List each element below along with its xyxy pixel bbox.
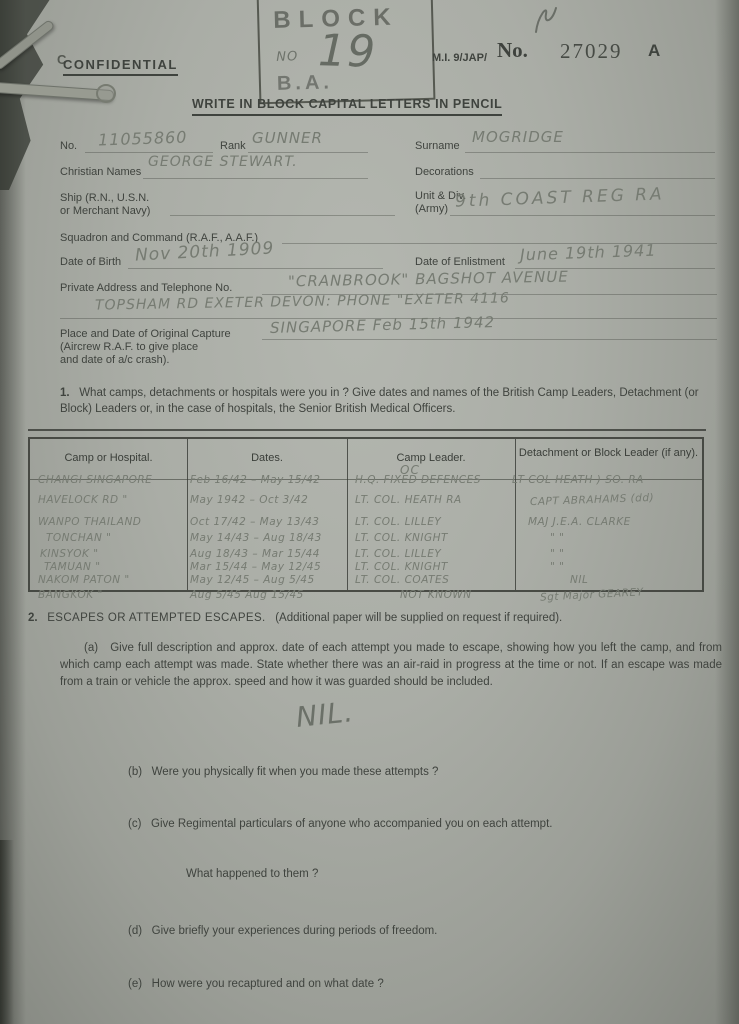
question-2-note: (Additional paper will be supplied on re… xyxy=(275,612,562,624)
string-knot xyxy=(96,84,116,103)
block-stamp-no: NO xyxy=(276,49,298,65)
ref-no-label: No. xyxy=(497,44,528,57)
table-top-rule xyxy=(28,429,706,431)
decorations-blank xyxy=(480,177,715,179)
question-2c: (c) Give Regimental particulars of anyon… xyxy=(128,818,688,831)
capture-label: Place and Date of Original Capture xyxy=(60,328,231,341)
ref-suffix: A xyxy=(648,44,660,57)
rank-label: Rank xyxy=(220,140,246,153)
table-header-camp: Camp or Hospital. xyxy=(30,452,187,464)
question-2-number: 2. xyxy=(28,612,38,624)
unit-label-2: (Army) xyxy=(415,203,448,216)
address-value-1: "CRANBROOK" BAGSHOT AVENUE xyxy=(288,268,569,291)
table-row: TONCHAN " May 14/43 – Aug 18/43 LT. COL.… xyxy=(30,532,739,548)
block-stamp-box: BLOCK NO 19 B.A. xyxy=(257,0,436,104)
question-1-number: 1. xyxy=(60,387,70,399)
pencil-squiggle xyxy=(532,2,568,36)
dob-label: Date of Birth xyxy=(60,256,121,269)
question-2e-text: How were you recaptured and on what date… xyxy=(152,978,384,990)
surname-label: Surname xyxy=(415,140,460,153)
left-edge-shadow xyxy=(0,0,26,1024)
question-2b: (b) Were you physically fit when you mad… xyxy=(128,766,688,779)
table-row: WANPO THAILAND Oct 17/42 – May 13/43 LT.… xyxy=(30,516,739,532)
question-2c-prefix: (c) xyxy=(128,818,141,830)
classification-label: CONFIDENTIAL xyxy=(63,58,178,76)
instruction-title: WRITE IN BLOCK CAPITAL LETTERS IN PENCIL xyxy=(192,98,502,116)
question-1-text: What camps, detachments or hospitals wer… xyxy=(60,387,699,415)
table-row: CHANGI SINGAPORE Feb 16/42 – May 15/42 H… xyxy=(30,474,739,490)
ref-number: 27029 xyxy=(560,45,623,58)
christian-names-label: Christian Names xyxy=(60,166,141,179)
decorations-label: Decorations xyxy=(415,166,474,179)
block-stamp-ba: B.A. xyxy=(277,76,333,90)
torn-corner xyxy=(0,0,90,190)
question-1: 1. What camps, detachments or hospitals … xyxy=(60,385,720,417)
unit-value: 9th COAST REG RA xyxy=(455,184,665,211)
enlistment-value: June 19th 1941 xyxy=(520,241,657,265)
bottom-left-edge xyxy=(0,840,14,1024)
question-2-title: ESCAPES OR ATTEMPTED ESCAPES. xyxy=(47,612,265,624)
question-2a-text: Give full description and approx. date o… xyxy=(60,642,722,688)
block-stamp-number: 19 xyxy=(317,25,376,78)
ship-label: Ship (R.N., U.S.N. xyxy=(60,192,149,205)
question-2d-text: Give briefly your experiences during per… xyxy=(152,925,438,937)
ship-blank xyxy=(170,214,395,216)
ship-label-2: or Merchant Navy) xyxy=(60,205,150,218)
question-2-heading: 2. ESCAPES OR ATTEMPTED ESCAPES. (Additi… xyxy=(28,612,718,625)
question-2d: (d) Give briefly your experiences during… xyxy=(128,925,688,938)
surname-value: MOGRIDGE xyxy=(472,128,564,146)
capture-label-2: (Aircrew R.A.F. to give place xyxy=(60,341,198,354)
ref-prefix: M.I. 9/JAP/ xyxy=(432,52,487,65)
table-header-detachment: Detachment or Block Leader (if any). xyxy=(515,447,702,459)
table-row-overflow: BANGKOK " Aug 5/45 Aug 15/45 NOT KNOWN S… xyxy=(30,589,739,605)
rank-value: GUNNER xyxy=(252,129,323,147)
question-2c2: What happened to them ? xyxy=(186,868,318,881)
address-label: Private Address and Telephone No. xyxy=(60,282,232,295)
question-2d-prefix: (d) xyxy=(128,925,142,937)
binding-string-2 xyxy=(0,19,55,71)
question-2c-text: Give Regimental particulars of anyone wh… xyxy=(151,818,552,830)
table-header-leader: Camp Leader. xyxy=(347,452,515,464)
no-value: 11055860 xyxy=(98,127,188,149)
right-edge-shadow xyxy=(715,0,739,1024)
question-2b-text: Were you physically fit when you made th… xyxy=(152,766,439,778)
pow-questionnaire-document: C CONFIDENTIAL BLOCK NO 19 B.A. M.I. 9/J… xyxy=(0,0,739,1024)
table-row: HAVELOCK RD " May 1942 – Oct 3/42 LT. CO… xyxy=(30,494,739,510)
question-2b-prefix: (b) xyxy=(128,766,142,778)
question-2e: (e) How were you recaptured and on what … xyxy=(128,978,688,991)
question-2e-prefix: (e) xyxy=(128,978,142,990)
table-header-dates: Dates. xyxy=(187,452,347,464)
no-label: No. xyxy=(60,140,77,153)
binding-string xyxy=(0,82,114,101)
christian-names-value: GEORGE STEWART. xyxy=(148,154,298,170)
answer-nil: NIL. xyxy=(294,695,355,734)
question-2a-prefix: (a) xyxy=(84,642,98,654)
question-2a: (a) Give full description and approx. da… xyxy=(60,640,722,691)
capture-label-3: and date of a/c crash). xyxy=(60,354,169,367)
enlistment-label: Date of Enlistment xyxy=(415,256,505,269)
block-stamp-word: BLOCK xyxy=(273,11,399,27)
